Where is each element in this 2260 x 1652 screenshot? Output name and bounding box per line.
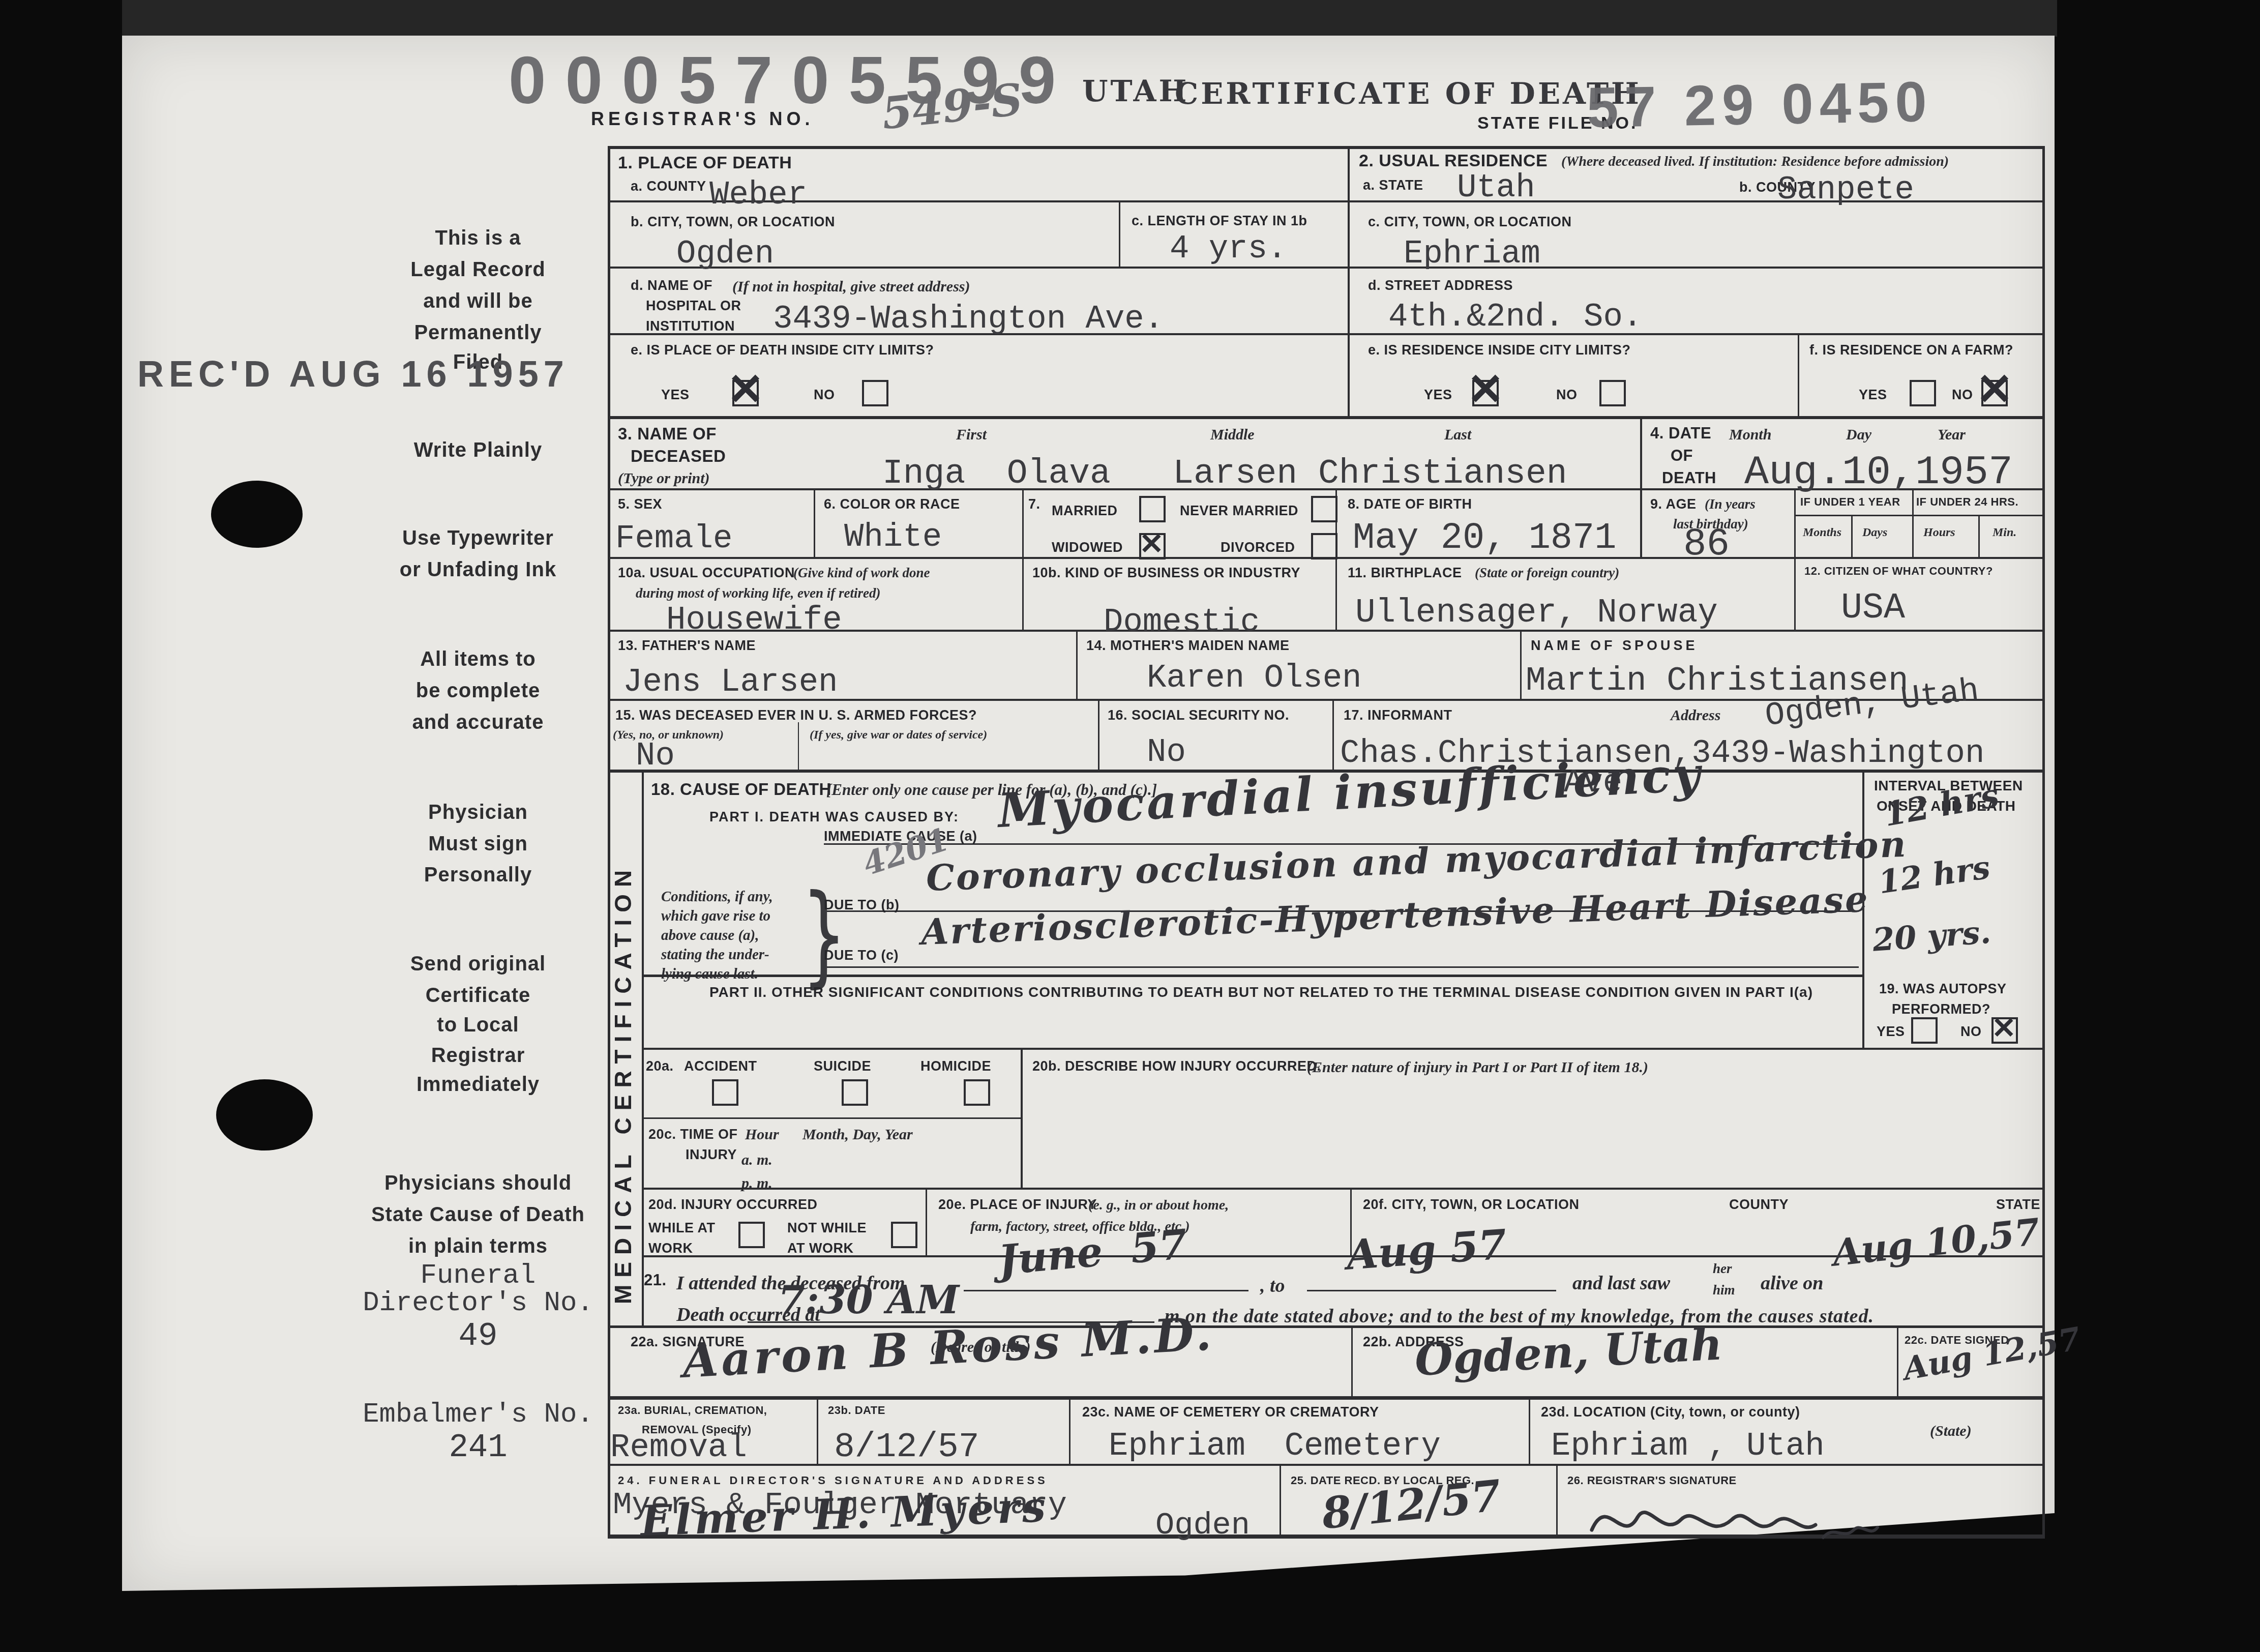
injury-county-label: COUNTY bbox=[1729, 1196, 1789, 1213]
hospital-label: d. NAME OF bbox=[631, 277, 712, 293]
while-at-work-label: WHILE AT bbox=[648, 1220, 715, 1236]
hole-punch bbox=[211, 481, 303, 548]
checkbox-yes-checked bbox=[732, 380, 759, 406]
day-label: Day bbox=[1846, 425, 1871, 445]
her-label: her bbox=[1713, 1260, 1732, 1278]
margin-note: be complete bbox=[295, 681, 661, 701]
county-value: Weber bbox=[709, 179, 807, 212]
not-while-at-work-label: NOT WHILE bbox=[787, 1220, 867, 1236]
rule bbox=[1897, 1326, 1898, 1397]
not-while-at-work-label: AT WORK bbox=[787, 1240, 853, 1256]
burial-date-value: 8/12/57 bbox=[834, 1430, 979, 1465]
marital-item-number: 7. bbox=[1028, 496, 1040, 512]
checkbox-married bbox=[1139, 496, 1166, 522]
rule bbox=[817, 1398, 818, 1465]
burial-value: Removal bbox=[610, 1432, 747, 1464]
no-label: NO bbox=[1556, 387, 1578, 403]
citizen-value: USA bbox=[1841, 591, 1905, 627]
registrar-no-label: REGISTRAR'S NO. bbox=[591, 108, 814, 130]
rule bbox=[926, 1189, 927, 1256]
received-date-stamp: REC'D AUG 16 1957 bbox=[137, 356, 569, 393]
rule bbox=[1022, 489, 1024, 631]
autopsy-label: PERFORMED? bbox=[1892, 1001, 1990, 1017]
margin-note: Certificate bbox=[295, 985, 661, 1006]
rule bbox=[1794, 489, 1796, 631]
county-value: Sanpete bbox=[1777, 174, 1914, 206]
usual-residence-title: 2. USUAL RESIDENCE bbox=[1359, 151, 1548, 171]
time-of-injury-label: INJURY bbox=[686, 1146, 737, 1163]
state-file-no-value: 57 29 0450 bbox=[1586, 73, 1933, 136]
rule bbox=[1098, 700, 1099, 771]
checkbox-never-married bbox=[1311, 496, 1337, 522]
death-time-handwriting: 7:30 AM bbox=[778, 1281, 959, 1319]
margin-note: Immediately bbox=[295, 1074, 661, 1095]
length-of-stay-value: 4 yrs. bbox=[1170, 233, 1287, 265]
rule bbox=[814, 489, 815, 558]
rule bbox=[1912, 489, 1914, 558]
margin-note: Registrar bbox=[295, 1045, 661, 1066]
rule bbox=[1307, 1290, 1556, 1291]
residence-limits-label: e. IS RESIDENCE INSIDE CITY LIMITS? bbox=[1368, 342, 1631, 358]
rule bbox=[1119, 200, 1120, 268]
due-to-b-label: DUE TO (b) bbox=[824, 897, 900, 913]
sex-value: Female bbox=[615, 523, 732, 555]
conditions-note: Conditions, if any, bbox=[661, 888, 773, 906]
yes-label: YES bbox=[1424, 387, 1452, 403]
age-value: 86 bbox=[1683, 525, 1730, 564]
margin-note: State Cause of Death bbox=[295, 1204, 661, 1225]
state-note: (State) bbox=[1930, 1422, 1972, 1441]
min-label: Min. bbox=[1993, 525, 2016, 540]
if-under-1-year-label: IF UNDER 1 YEAR bbox=[1800, 495, 1900, 509]
margin-note: and will be bbox=[295, 291, 661, 311]
burial-date-label: 23b. DATE bbox=[828, 1404, 885, 1417]
hospital-value: 3439-Washington Ave. bbox=[773, 303, 1164, 336]
yes-label: YES bbox=[1877, 1023, 1905, 1040]
state-name: UTAH bbox=[1082, 76, 1189, 106]
attended-text: and last saw bbox=[1572, 1272, 1670, 1296]
age-note: (In years bbox=[1705, 496, 1756, 513]
divorced-label: DIVORCED bbox=[1221, 539, 1295, 555]
certificate-title: CERTIFICATE OF DEATH bbox=[1175, 79, 1642, 108]
rule bbox=[1978, 515, 1980, 558]
rule bbox=[1520, 631, 1522, 700]
margin-note: Send original bbox=[295, 954, 661, 974]
usual-residence-note: (Where deceased lived. If institution: R… bbox=[1561, 153, 1949, 170]
margin-note: All items to bbox=[295, 649, 661, 669]
deceased-name-value: Inga Olava Larsen Christiansen bbox=[882, 457, 1567, 491]
checkbox-while-at-work bbox=[738, 1222, 765, 1248]
spouse-label: NAME OF SPOUSE bbox=[1531, 637, 1698, 654]
margin-note: This is a bbox=[295, 228, 661, 248]
checkbox-not-while-at-work bbox=[891, 1222, 917, 1248]
first-name-label: First bbox=[956, 425, 987, 445]
cause-of-death-label: 18. CAUSE OF DEATH bbox=[651, 779, 831, 800]
rule bbox=[1851, 515, 1853, 558]
checkbox-suicide bbox=[842, 1079, 868, 1106]
last-name-label: Last bbox=[1444, 425, 1471, 445]
rule bbox=[1348, 146, 1350, 417]
business-industry-value: Domestic bbox=[1104, 606, 1260, 639]
date-of-death-label: DEATH bbox=[1662, 468, 1716, 487]
no-label: NO bbox=[814, 387, 835, 403]
embalmers-no-label: Embalmer's No. bbox=[285, 1401, 671, 1429]
item-20a-number: 20a. bbox=[646, 1058, 674, 1074]
birthplace-value: Ullensager, Norway bbox=[1355, 596, 1718, 630]
conditions-note: above cause (a), bbox=[661, 926, 759, 945]
margin-note: Must sign bbox=[295, 834, 661, 854]
rule bbox=[608, 267, 2044, 269]
rule bbox=[1798, 333, 1799, 417]
describe-injury-label: 20b. DESCRIBE HOW INJURY OCCURRED. bbox=[1032, 1058, 1321, 1074]
months-label: Months bbox=[1803, 525, 1841, 540]
death-certificate-scan: This is a Legal Record and will be Perma… bbox=[0, 0, 2260, 1652]
rule bbox=[798, 722, 799, 771]
checkbox-no bbox=[862, 380, 888, 406]
margin-note: in plain terms bbox=[295, 1236, 661, 1256]
informant-label: 17. INFORMANT bbox=[1344, 707, 1452, 723]
rule bbox=[1076, 631, 1078, 700]
margin-note: and accurate bbox=[295, 712, 661, 732]
autopsy-label: 19. WAS AUTOPSY bbox=[1879, 981, 2007, 997]
hospital-note: (If not in hospital, give street address… bbox=[732, 277, 970, 297]
hospital-label: INSTITUTION bbox=[646, 318, 735, 334]
attended-text: , to bbox=[1260, 1274, 1285, 1299]
attended-to-handwriting: Aug 57 bbox=[1345, 1224, 1508, 1276]
widowed-label: WIDOWED bbox=[1052, 539, 1123, 555]
name-of-deceased-label: DECEASED bbox=[631, 446, 726, 466]
rule bbox=[824, 966, 1859, 968]
cemetery-location-value: Ephriam , Utah bbox=[1551, 1430, 1825, 1463]
item-21-number: 21. bbox=[644, 1271, 667, 1289]
occupation-label: 10a. USUAL OCCUPATION bbox=[618, 565, 795, 581]
never-married-label: NEVER MARRIED bbox=[1180, 503, 1298, 519]
sex-label: 5. SEX bbox=[618, 496, 662, 512]
injury-city-label: 20f. CITY, TOWN, OR LOCATION bbox=[1363, 1196, 1580, 1213]
hour-label: Hour bbox=[745, 1125, 779, 1144]
month-day-year-label: Month, Day, Year bbox=[802, 1125, 913, 1144]
interval-c-handwriting: 20 yrs. bbox=[1871, 917, 1992, 956]
checkbox-no-checked bbox=[1991, 1017, 2018, 1044]
attended-text: alive on bbox=[1761, 1272, 1823, 1296]
scan-top-shadow bbox=[122, 0, 2057, 37]
rule bbox=[608, 1396, 2044, 1400]
year-label: Year bbox=[1938, 425, 1966, 445]
age-label: 9. AGE bbox=[1650, 496, 1697, 512]
rule bbox=[608, 416, 2044, 419]
rule bbox=[608, 146, 610, 1539]
rule bbox=[642, 771, 644, 1326]
rule bbox=[964, 1290, 1248, 1291]
while-at-work-label: WORK bbox=[648, 1240, 693, 1256]
length-of-stay-label: c. LENGTH OF STAY IN 1b bbox=[1132, 213, 1307, 229]
checkbox-yes bbox=[1911, 1017, 1938, 1044]
place-of-injury-note: (e. g., in or about home, bbox=[1088, 1196, 1229, 1214]
part2-label: PART II. OTHER SIGNIFICANT CONDITIONS CO… bbox=[709, 984, 1813, 1001]
rule bbox=[1529, 1398, 1530, 1465]
margin-note: Physicians should bbox=[295, 1173, 661, 1193]
rule bbox=[1794, 515, 2044, 516]
time-of-injury-label: 20c. TIME OF bbox=[648, 1126, 738, 1142]
ssn-value: No bbox=[1147, 736, 1186, 769]
armed-forces-value: No bbox=[636, 740, 675, 773]
rule bbox=[608, 146, 2044, 149]
describe-injury-note: (Enter nature of injury in Part I or Par… bbox=[1307, 1058, 1648, 1077]
county-label: a. COUNTY bbox=[631, 178, 706, 194]
yes-label: YES bbox=[1859, 387, 1887, 403]
citizen-label: 12. CITIZEN OF WHAT COUNTRY? bbox=[1804, 565, 1993, 578]
city-label: c. CITY, TOWN, OR LOCATION bbox=[1368, 214, 1572, 230]
checkbox-accident bbox=[712, 1079, 738, 1106]
checkbox-widowed-checked bbox=[1139, 533, 1166, 559]
rule bbox=[1069, 1398, 1070, 1465]
mothers-maiden-name-label: 14. MOTHER'S MAIDEN NAME bbox=[1086, 637, 1289, 654]
margin-note: Physician bbox=[295, 802, 661, 822]
conditions-note: lying cause last. bbox=[661, 965, 758, 983]
name-of-deceased-label: 3. NAME OF bbox=[618, 424, 717, 444]
ssn-label: 16. SOCIAL SECURITY NO. bbox=[1108, 707, 1289, 723]
registrar-signature bbox=[1587, 1489, 1882, 1550]
city-value: Ephriam bbox=[1404, 238, 1540, 271]
conditions-note: which gave rise to bbox=[661, 907, 770, 925]
married-label: MARRIED bbox=[1052, 503, 1118, 519]
hours-label: Hours bbox=[1923, 525, 1955, 540]
date-of-death-label: OF bbox=[1671, 446, 1693, 465]
checkbox-no bbox=[1599, 380, 1626, 406]
cemetery-value: Ephriam Cemetery bbox=[1109, 1430, 1441, 1463]
birthplace-note: (State or foreign country) bbox=[1475, 565, 1619, 582]
margin-note: Personally bbox=[295, 865, 661, 885]
medical-certification-strip: MEDICAL CERTIFICATION bbox=[609, 844, 640, 1322]
occupation-note: during most of working life, even if ret… bbox=[636, 585, 881, 602]
mortuary-city-value: Ogden bbox=[1155, 1510, 1250, 1541]
homicide-label: HOMICIDE bbox=[920, 1058, 991, 1074]
rule bbox=[642, 1188, 2044, 1190]
farm-label: f. IS RESIDENCE ON A FARM? bbox=[1809, 342, 2013, 358]
checkbox-no-checked bbox=[1981, 380, 2008, 406]
street-label: d. STREET ADDRESS bbox=[1368, 277, 1513, 293]
fathers-name-label: 13. FATHER'S NAME bbox=[618, 637, 756, 654]
birthplace-label: 11. BIRTHPLACE bbox=[1348, 565, 1462, 581]
rule bbox=[1556, 1465, 1558, 1536]
part1-label: PART I. DEATH WAS CAUSED BY: bbox=[709, 809, 959, 825]
city-value: Ogden bbox=[676, 238, 774, 271]
checkbox-divorced bbox=[1311, 533, 1337, 559]
margin-note: Permanently bbox=[295, 322, 661, 343]
fathers-name-value: Jens Larsen bbox=[623, 666, 838, 699]
date-of-death-value: Aug.10,1957 bbox=[1744, 453, 2013, 493]
rule bbox=[1021, 1049, 1023, 1189]
occupation-value: Housewife bbox=[666, 604, 842, 637]
him-label: him bbox=[1713, 1282, 1735, 1299]
margin-note: Write Plainly bbox=[295, 440, 661, 460]
pm-label: p. m. bbox=[741, 1174, 772, 1193]
hospital-label: HOSPITAL OR bbox=[646, 298, 741, 314]
margin-note: Use Typewriter bbox=[295, 528, 661, 548]
color-race-label: 6. COLOR OR RACE bbox=[824, 496, 960, 512]
type-or-print-note: (Type or print) bbox=[618, 469, 710, 488]
state-label: a. STATE bbox=[1363, 177, 1423, 193]
if-under-24-hrs-label: IF UNDER 24 HRS. bbox=[1916, 495, 2018, 509]
date-of-birth-label: 8. DATE OF BIRTH bbox=[1348, 496, 1472, 512]
checkbox-yes bbox=[1910, 380, 1936, 406]
rule bbox=[1332, 700, 1334, 771]
accident-label: ACCIDENT bbox=[684, 1058, 757, 1074]
cemetery-label: 23c. NAME OF CEMETERY OR CREMATORY bbox=[1082, 1404, 1379, 1420]
armed-forces-label: 15. WAS DECEASED EVER IN U. S. ARMED FOR… bbox=[615, 707, 977, 723]
death-occurred-text: m on the date stated above; and to the b… bbox=[1165, 1305, 1874, 1329]
middle-name-label: Middle bbox=[1210, 425, 1255, 445]
street-value: 4th.&2nd. So. bbox=[1388, 301, 1642, 334]
conditions-note: stating the under- bbox=[661, 946, 769, 964]
date-of-death-label: 4. DATE bbox=[1650, 424, 1711, 442]
suicide-label: SUICIDE bbox=[814, 1058, 871, 1074]
am-label: a. m. bbox=[741, 1150, 772, 1170]
checkbox-yes-checked bbox=[1472, 380, 1499, 406]
place-of-injury-label: 20e. PLACE OF INJURY bbox=[938, 1196, 1097, 1213]
place-of-death-title: 1. PLACE OF DEATH bbox=[618, 153, 792, 173]
cemetery-location-label: 23d. LOCATION (City, town, or county) bbox=[1541, 1404, 1800, 1420]
informant-address-label: Address bbox=[1671, 706, 1720, 725]
burial-label: 23a. BURIAL, CREMATION, bbox=[618, 1404, 767, 1417]
rule bbox=[1640, 417, 1642, 558]
date-of-birth-value: May 20, 1871 bbox=[1353, 520, 1616, 556]
margin-note: Legal Record bbox=[295, 259, 661, 280]
checkbox-homicide bbox=[964, 1079, 990, 1106]
no-label: NO bbox=[1952, 387, 1973, 403]
city-label: b. CITY, TOWN, OR LOCATION bbox=[631, 214, 835, 230]
rule bbox=[1351, 1326, 1353, 1397]
mothers-maiden-name-value: Karen Olsen bbox=[1147, 662, 1361, 695]
registrar-signature-label: 26. REGISTRAR'S SIGNATURE bbox=[1567, 1474, 1737, 1487]
yes-label: YES bbox=[661, 387, 690, 403]
occupation-note: (Give kind of work done bbox=[793, 565, 930, 582]
armed-forces-note: (If yes, give war or dates of service) bbox=[810, 727, 987, 743]
state-value: Utah bbox=[1457, 172, 1535, 204]
margin-note: to Local bbox=[295, 1015, 661, 1035]
color-race-value: White bbox=[844, 521, 942, 554]
rule bbox=[1280, 1465, 1281, 1536]
due-to-c-label: DUE TO (c) bbox=[824, 947, 899, 963]
city-limits-label: e. IS PLACE OF DEATH INSIDE CITY LIMITS? bbox=[631, 342, 934, 358]
business-industry-label: 10b. KIND OF BUSINESS OR INDUSTRY bbox=[1032, 565, 1300, 581]
margin-note: or Unfading Ink bbox=[295, 559, 661, 580]
rule bbox=[642, 1117, 1021, 1119]
days-label: Days bbox=[1862, 525, 1887, 540]
no-label: NO bbox=[1960, 1023, 1982, 1040]
month-label: Month bbox=[1729, 425, 1771, 445]
injury-occurred-label: 20d. INJURY OCCURRED bbox=[648, 1196, 818, 1213]
rule bbox=[642, 1048, 2044, 1050]
